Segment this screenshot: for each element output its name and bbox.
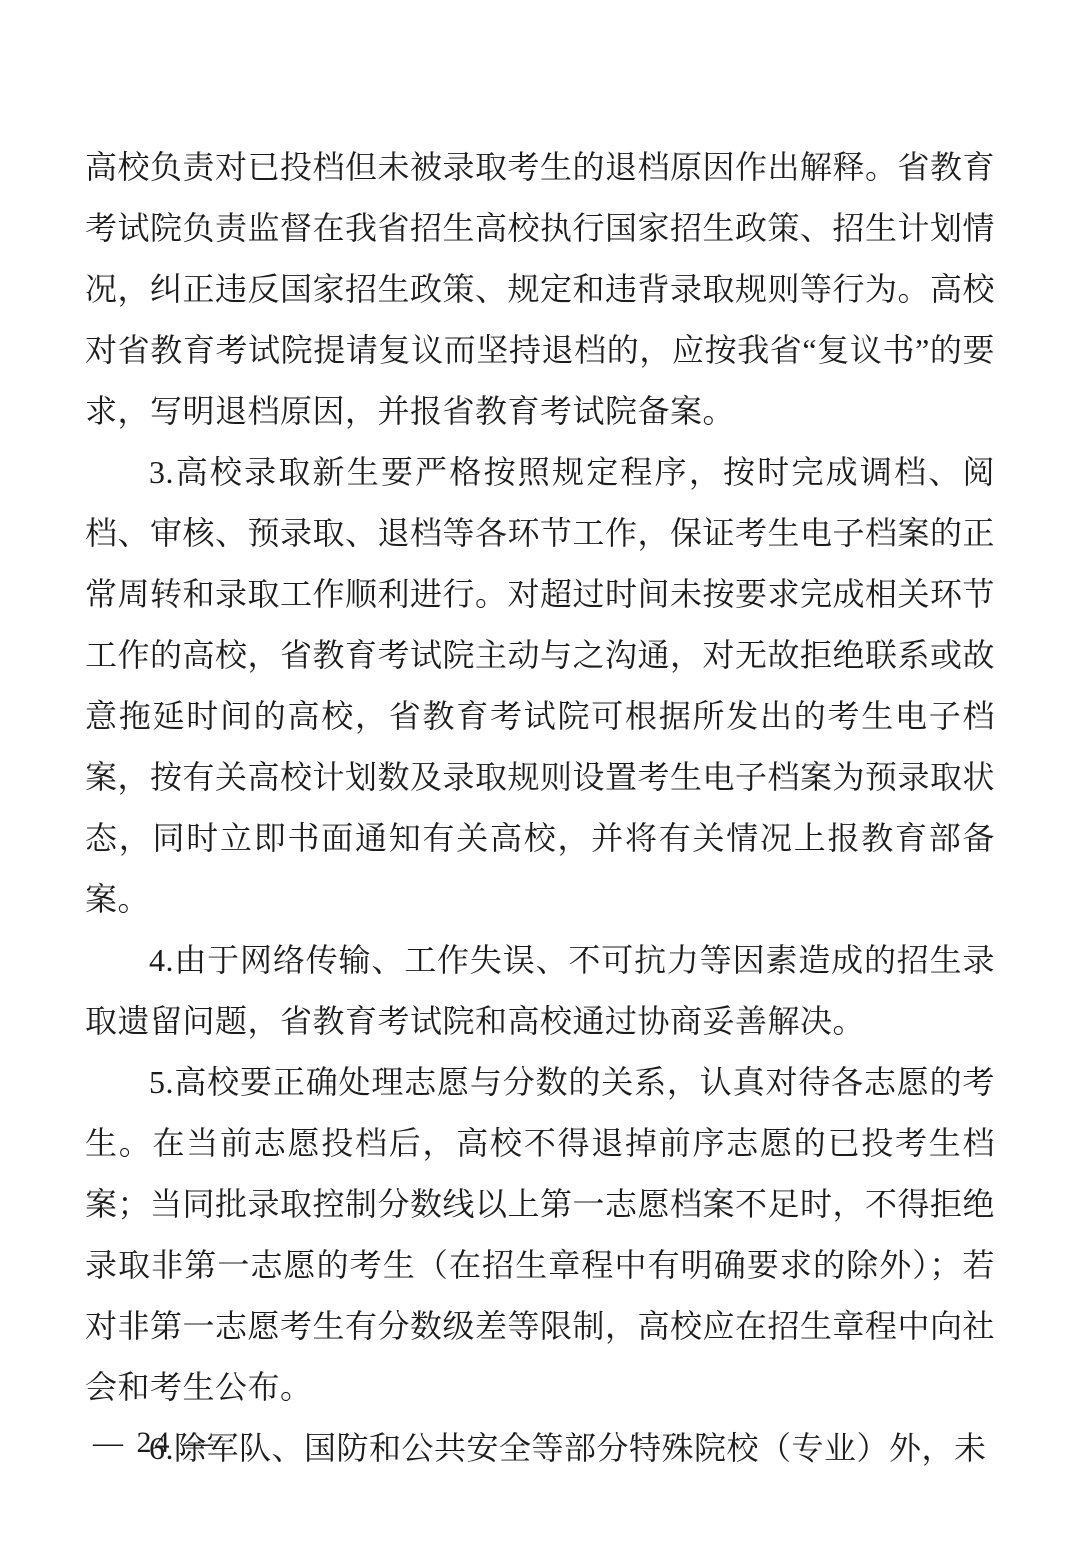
body-paragraph-item-3: 3.高校录取新生要严格按照规定程序，按时完成调档、阅档、审核、预录取、退档等各环…: [85, 442, 995, 930]
document-page: 高校负责对已投档但未被录取考生的退档原因作出解释。省教育考试院负责监督在我省招生…: [0, 0, 1080, 1556]
document-body: 高校负责对已投档但未被录取考生的退档原因作出解释。省教育考试院负责监督在我省招生…: [85, 137, 995, 1479]
page-number: — 24 —: [93, 1425, 216, 1461]
body-paragraph-continuation: 高校负责对已投档但未被录取考生的退档原因作出解释。省教育考试院负责监督在我省招生…: [85, 137, 995, 442]
body-paragraph-item-6: 6.除军队、国防和公共安全等部分特殊院校（专业）外，未: [85, 1418, 995, 1479]
body-paragraph-item-4: 4.由于网络传输、工作失误、不可抗力等因素造成的招生录取遗留问题，省教育考试院和…: [85, 930, 995, 1052]
body-paragraph-item-5: 5.高校要正确处理志愿与分数的关系，认真对待各志愿的考生。在当前志愿投档后，高校…: [85, 1052, 995, 1418]
